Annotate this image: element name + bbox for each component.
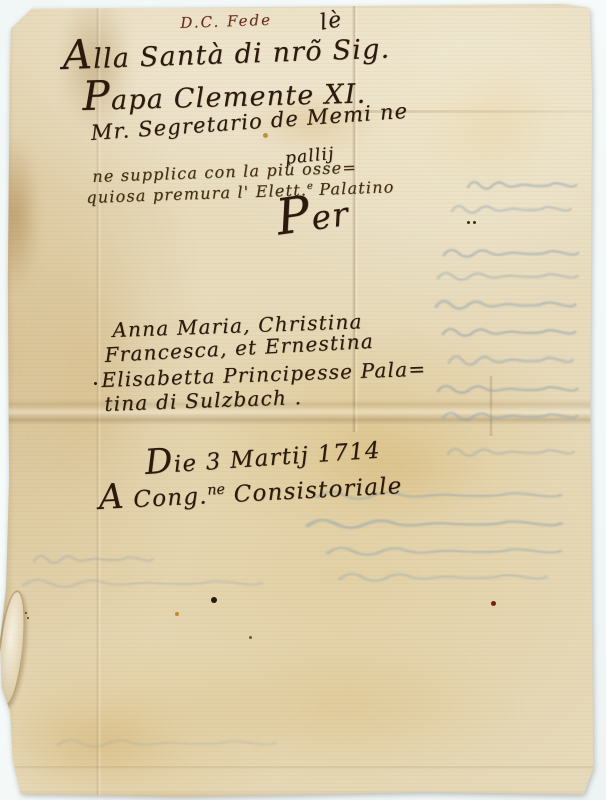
small-speck-4 [94, 382, 97, 385]
ink-blot-speck [211, 597, 217, 603]
fold-crease-horizontal-main [0, 399, 606, 425]
stain-bottom-center [175, 645, 515, 770]
congregation-text: A Cong. [98, 483, 208, 515]
congregation-superscript: ne [207, 482, 225, 499]
paper-shadow-wrap: D.C. Fede lè Alla Santà di nrõ Sig. Papa… [0, 0, 606, 800]
small-speck-1 [249, 636, 252, 639]
flap-speck-2 [27, 617, 29, 619]
address-line-1: Alla Santà di nrõ Sig. [62, 29, 391, 76]
paper-sheet: D.C. Fede lè Alla Santà di nrõ Sig. Papa… [0, 0, 606, 800]
per-word: Per [274, 190, 352, 243]
congregation-tail: Consistoriale [225, 473, 404, 508]
congregation-line: A Cong.ne Consistoriale [98, 470, 403, 515]
fold-crease-vertical-short [489, 376, 493, 436]
stain-bottom-left [0, 695, 184, 790]
flap-speck-1 [25, 612, 27, 614]
fold-crease-horizontal-bottom [0, 766, 606, 770]
document-scan: D.C. Fede lè Alla Santà di nrõ Sig. Papa… [0, 0, 606, 800]
small-speck-2 [467, 221, 470, 224]
red-wax-speck [491, 601, 496, 606]
stain-top-right-pale [425, 55, 565, 185]
orange-speck [175, 612, 179, 616]
stain-left-edge [0, 138, 40, 293]
small-speck-3 [473, 221, 476, 224]
paper-curl-flap [0, 589, 30, 707]
docket-note: D.C. Fede [180, 11, 272, 32]
yellow-dot [263, 133, 268, 138]
